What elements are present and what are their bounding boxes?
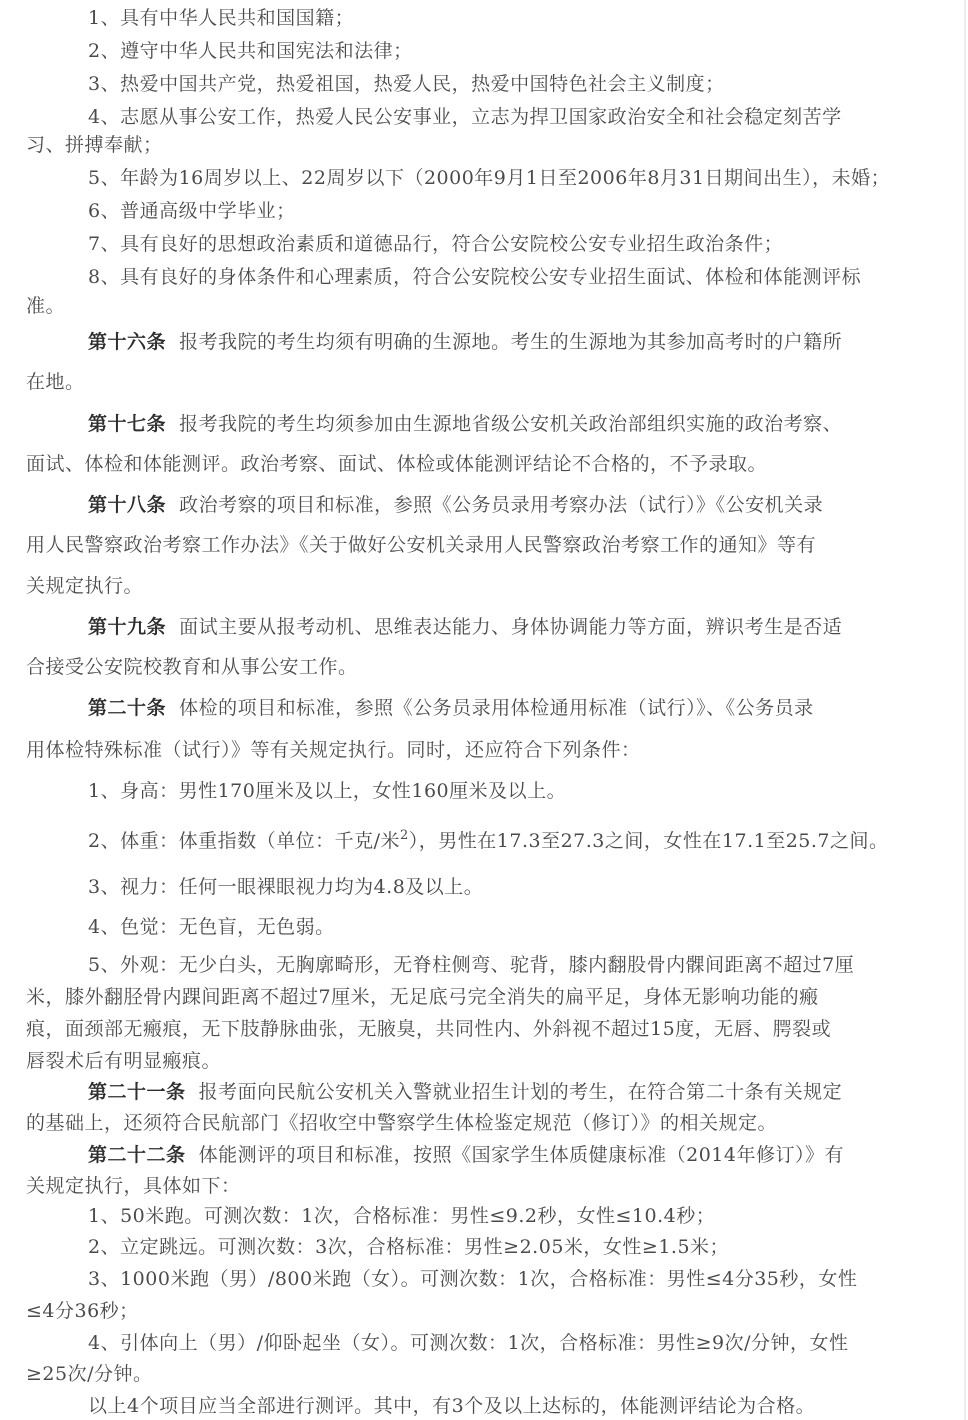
article-21: 第二十一条 报考面向民航公安机关入警就业招生计划的考生，在符合第二十条有关规定 [88, 1077, 842, 1104]
qualification-1: 1、具有中华人民共和国国籍； [88, 3, 354, 30]
article-17-cont: 面试、体检和体能测评。政治考察、面试、体检或体能测评结论不合格的，不予录取。 [26, 449, 767, 476]
exam-appearance-cont-2: 痕，面颈部无瘢痕，无下肢静脉曲张，无腋臭，共同性内、外斜视不超过15度，无唇、腭… [26, 1014, 831, 1041]
article-22-cont: 关规定执行，具体如下： [26, 1171, 241, 1198]
article-18: 第十八条 政治考察的项目和标准，参照《公务员录用考察办法（试行）》《公安机关录 [88, 490, 823, 517]
exam-vision: 3、视力：任何一眼裸眼视力均为4.8及以上。 [88, 872, 483, 899]
exam-color: 4、色觉：无色盲，无色弱。 [88, 912, 335, 939]
article-19: 第十九条 面试主要从报考动机、思维表达能力、身体协调能力等方面，辨识考生是否适 [88, 612, 842, 639]
document-page: 1、具有中华人民共和国国籍； 2、遵守中华人民共和国宪法和法律； 3、热爱中国共… [0, 0, 966, 1420]
fitness-jump: 2、立定跳远。可测次数：3次，合格标准：男性≥2.05米，女性≥1.5米； [88, 1232, 729, 1259]
qualification-8: 8、具有良好的身体条件和心理素质，符合公安院校公安专业招生面试、体检和体能测评标 [88, 262, 861, 289]
article-22-title: 第二十二条 [88, 1144, 186, 1166]
qualification-5: 5、年龄为16周岁以上、22周岁以下（2000年9月1日至2006年8月31日期… [88, 163, 890, 190]
article-18-cont-2: 关规定执行。 [26, 571, 143, 598]
article-17-title: 第十七条 [88, 413, 166, 435]
article-20-cont: 用体检特殊标准（试行）》等有关规定执行。同时，还应符合下列条件： [26, 735, 641, 762]
article-19-cont: 合接受公安院校教育和从事公安工作。 [26, 652, 358, 679]
article-21-cont: 的基础上，还须符合民航部门《招收空中警察学生体检鉴定规范（修订）》的相关规定。 [26, 1108, 777, 1135]
article-20-title: 第二十条 [88, 697, 166, 719]
qualification-8-cont: 准。 [26, 291, 65, 318]
fitness-50m: 1、50米跑。可测次数：1次，合格标准：男性≤9.2秒，女性≤10.4秒； [88, 1201, 715, 1228]
fitness-pullup-cont: ≥25次/分钟。 [26, 1359, 153, 1386]
article-19-title: 第十九条 [88, 616, 166, 638]
exam-appearance: 5、外观：无少白头，无胸廓畸形，无脊柱侧弯、驼背，膝内翻股骨内髁间距离不超过7厘 [88, 950, 854, 977]
qualification-7: 7、具有良好的思想政治素质和道德品行，符合公安院校公安专业招生政治条件； [88, 229, 783, 256]
exam-weight: 2、体重：体重指数（单位：千克/米2），男性在17.3至27.3之间，女性在17… [88, 826, 889, 853]
qualification-4-cont: 习、拼搏奉献； [26, 130, 163, 157]
fitness-pullup: 4、引体向上（男）/仰卧起坐（女）。可测次数：1次，合格标准：男性≥9次/分钟，… [88, 1328, 849, 1355]
article-16: 第十六条 报考我院的考生均须有明确的生源地。考生的生源地为其参加高考时的户籍所 [88, 327, 842, 354]
article-18-title: 第十八条 [88, 494, 166, 516]
fitness-1000m: 3、1000米跑（男）/800米跑（女）。可测次数：1次，合格标准：男性≤4分3… [88, 1264, 857, 1291]
article-22: 第二十二条 体能测评的项目和标准，按照《国家学生体质健康标准（2014年修订）》… [88, 1140, 844, 1167]
article-17: 第十七条 报考我院的考生均须参加由生源地省级公安机关政治部组织实施的政治考察、 [88, 409, 842, 436]
qualification-2: 2、遵守中华人民共和国宪法和法律； [88, 36, 413, 63]
fitness-summary: 以上4个项目应当全部进行测评。其中，有3个及以上达标的，体能测评结论为合格。 [88, 1391, 815, 1418]
qualification-4: 4、志愿从事公安工作，热爱人民公安事业，立志为捍卫国家政治安全和社会稳定刻苦学 [88, 102, 842, 129]
article-16-cont: 在地。 [26, 367, 85, 394]
exam-appearance-cont-1: 米，膝外翻胫骨内踝间距离不超过7厘米，无足底弓完全消失的扁平足，身体无影响功能的… [26, 982, 819, 1009]
article-20: 第二十条 体检的项目和标准，参照《公务员录用体检通用标准（试行）》、《公务员录 [88, 693, 814, 720]
exam-appearance-cont-3: 唇裂术后有明显瘢痕。 [26, 1046, 221, 1073]
qualification-6: 6、普通高级中学毕业； [88, 196, 296, 223]
exam-height: 1、身高：男性170厘米及以上，女性160厘米及以上。 [88, 776, 566, 803]
fitness-1000m-cont: ≤4分36秒； [26, 1296, 139, 1323]
qualification-3: 3、热爱中国共产党，热爱祖国，热爱人民，热爱中国特色社会主义制度； [88, 69, 725, 96]
article-18-cont-1: 用人民警察政治考察工作办法》《关于做好公安机关录用人民警察政治考察工作的通知》等… [26, 530, 816, 557]
article-21-title: 第二十一条 [88, 1081, 186, 1103]
article-16-title: 第十六条 [88, 331, 166, 353]
